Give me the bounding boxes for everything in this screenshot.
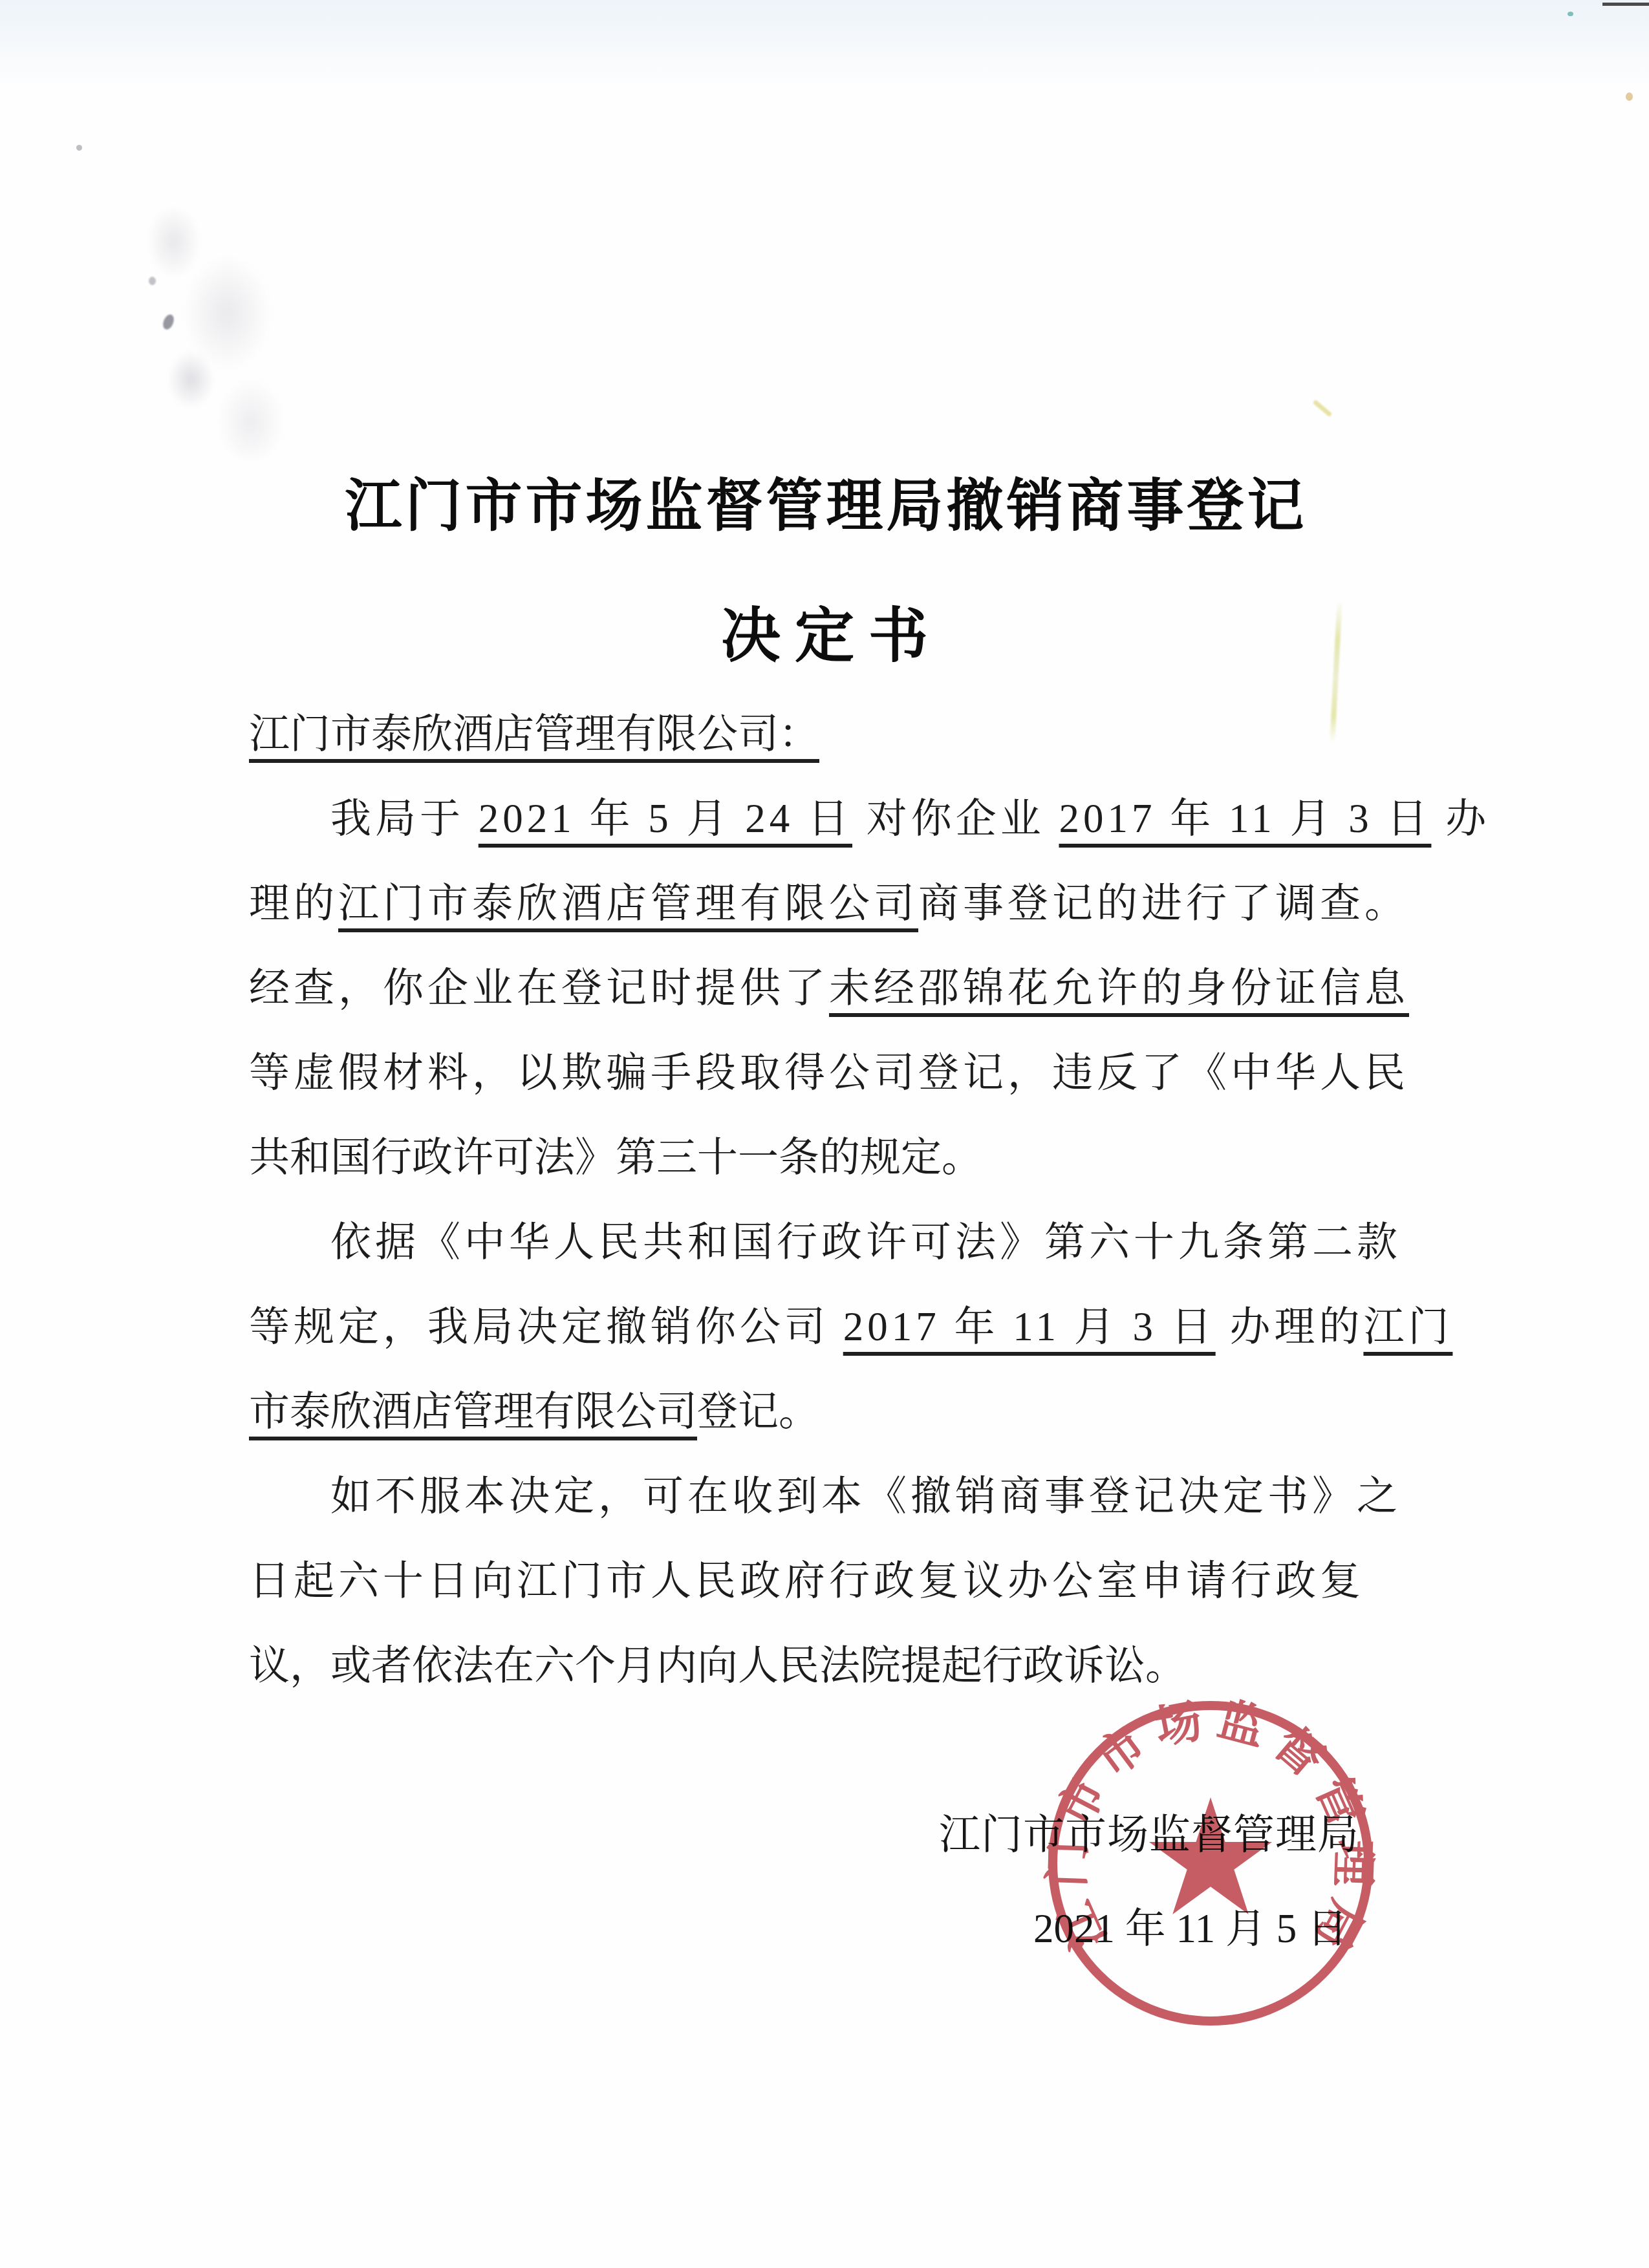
text-segment: 办 <box>1431 796 1490 841</box>
underlined-company-name: 市泰欣酒店管理有限公司 <box>249 1389 697 1434</box>
body-line: 等虚假材料，以欺骗手段取得公司登记，违反了《中华人民 <box>249 1031 1397 1115</box>
text-segment: 如不服本决定，可在收到本《撤销商事登记决定书》之 <box>330 1473 1401 1519</box>
text-segment: 办理的 <box>1216 1304 1364 1349</box>
scan-speck <box>161 313 176 331</box>
document-title-line2: 决定书 <box>0 588 1649 674</box>
underlined-date: 2021 年 5 月 24 日 <box>479 796 852 841</box>
body-line: 我局于 2021 年 5 月 24 日 对你企业 2017 年 11 月 3 日… <box>249 776 1397 861</box>
text-segment: 商事登记的进行了调查。 <box>918 881 1409 926</box>
document-body: 江门市泰欣酒店管理有限公司： 我局于 2021 年 5 月 24 日 对你企业 … <box>249 692 1397 1708</box>
body-line: 依据《中华人民共和国行政许可法》第六十九条第二款 <box>249 1200 1397 1285</box>
scan-pen-mark <box>1313 400 1333 417</box>
scan-speck <box>149 277 156 285</box>
body-line: 共和国行政许可法》第三十一条的规定。 <box>249 1115 1397 1200</box>
body-line: 日起六十日向江门市人民政府行政复议办公室申请行政复 <box>249 1539 1397 1623</box>
star-icon <box>1149 1797 1272 1914</box>
scanned-document-page: 江门市市场监督管理局撤销商事登记 决定书 江门市泰欣酒店管理有限公司： 我局于 … <box>0 0 1649 2268</box>
body-line: 如不服本决定，可在收到本《撤销商事登记决定书》之 <box>249 1454 1397 1539</box>
scan-edge-mark <box>1602 3 1649 6</box>
scan-speck <box>1568 12 1573 16</box>
underlined-evidence: 未经邵锦花允许的身份证信息 <box>829 965 1409 1011</box>
text-segment: 我局于 <box>330 796 479 841</box>
text-segment: 日起六十日向江门市人民政府行政复议办公室申请行政复 <box>249 1558 1364 1603</box>
body-line: 经查，你企业在登记时提供了未经邵锦花允许的身份证信息 <box>249 946 1397 1031</box>
text-segment: 理的 <box>249 881 338 926</box>
addressee-company-name: 江门市泰欣酒店管理有限公司： <box>249 711 819 756</box>
scan-speck <box>1626 92 1633 101</box>
official-seal: 江门市市场监督管理局 <box>1042 1695 1379 2031</box>
text-segment: 等虚假材料，以欺骗手段取得公司登记，违反了《中华人民 <box>249 1050 1409 1095</box>
scan-smudge <box>110 194 323 459</box>
scan-speck <box>76 145 82 151</box>
text-segment: 登记。 <box>697 1389 819 1434</box>
body-line: 市泰欣酒店管理有限公司登记。 <box>249 1369 1397 1454</box>
underlined-date: 2017 年 11 月 3 日 <box>843 1304 1216 1349</box>
body-line: 等规定，我局决定撤销你公司 2017 年 11 月 3 日 办理的江门 <box>249 1285 1397 1369</box>
underlined-company-name: 江门市泰欣酒店管理有限公司 <box>338 881 918 926</box>
text-segment: 对你企业 <box>852 796 1059 841</box>
text-segment: 议，或者依法在六个月内向人民法院提起行政诉讼。 <box>249 1643 1186 1688</box>
underlined-date: 2017 年 11 月 3 日 <box>1059 796 1432 841</box>
text-segment: 经查，你企业在登记时提供了 <box>249 965 829 1011</box>
underlined-company-name: 江门 <box>1363 1304 1452 1349</box>
text-segment: 依据《中华人民共和国行政许可法》第六十九条第二款 <box>330 1219 1401 1265</box>
body-line: 理的江门市泰欣酒店管理有限公司商事登记的进行了调查。 <box>249 861 1397 946</box>
scan-tint-band <box>0 0 1649 103</box>
document-title-line1: 江门市市场监督管理局撤销商事登记 <box>0 460 1649 542</box>
text-segment: 共和国行政许可法》第三十一条的规定。 <box>249 1135 982 1180</box>
body-line-addressee: 江门市泰欣酒店管理有限公司： <box>249 692 1397 776</box>
text-segment: 等规定，我局决定撤销你公司 <box>249 1304 843 1349</box>
